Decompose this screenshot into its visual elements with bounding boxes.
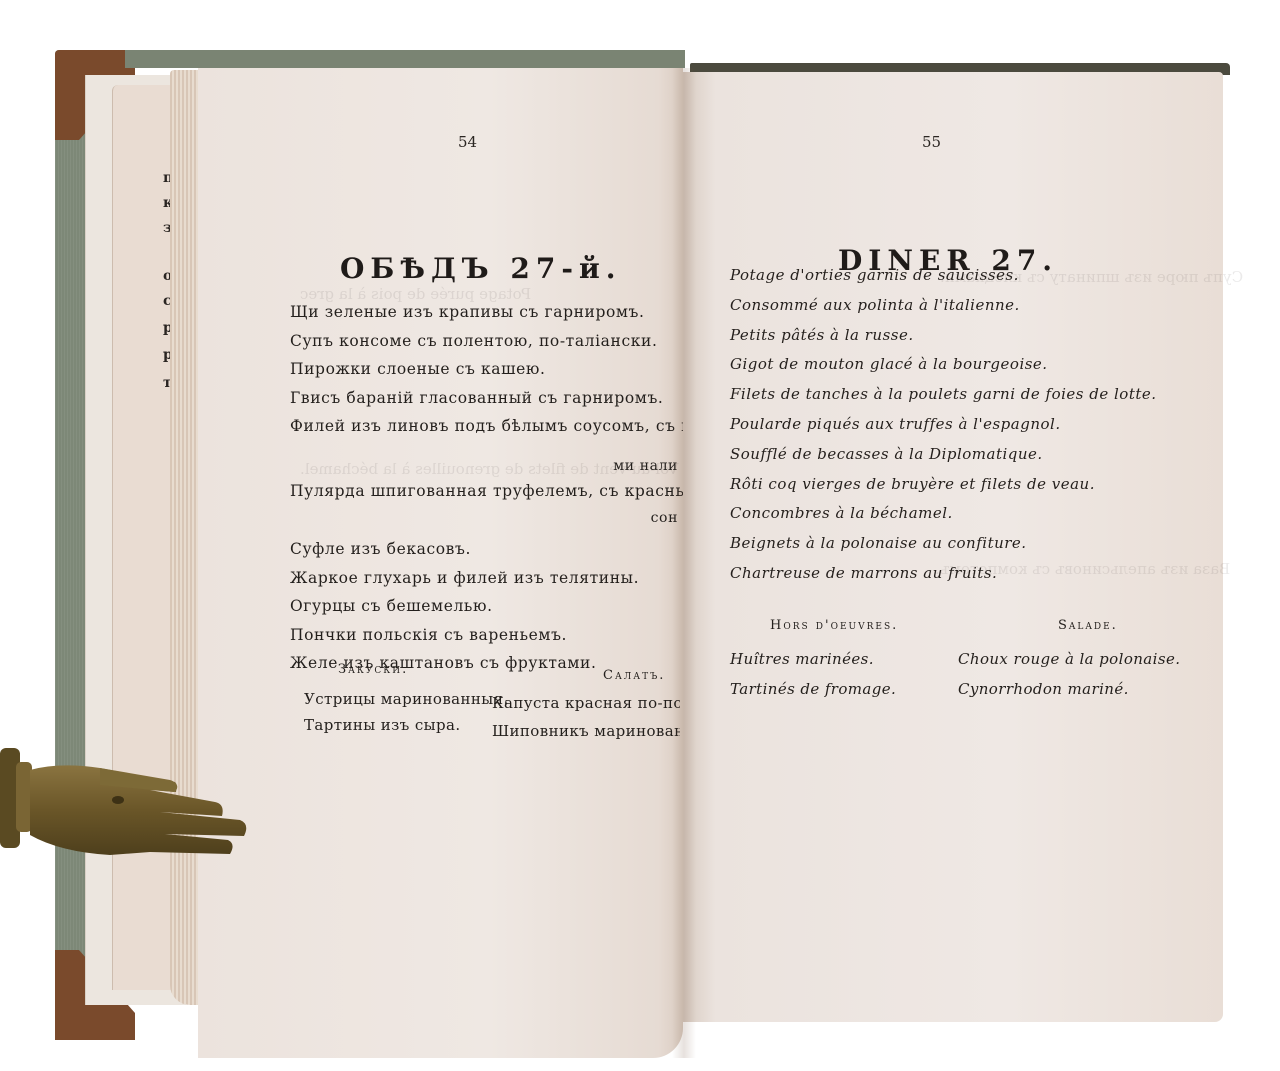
menu-item: Пулярда шпигованная труфелемъ, съ красны… xyxy=(290,482,690,511)
section-heading-appetizers-fr: Hors d'oeuvres. xyxy=(770,618,898,633)
menu-list-french: Potage d'orties garnis de saucisses. Con… xyxy=(730,266,1210,594)
menu-item: Супъ консоме съ полентою, по-таліански. xyxy=(290,332,690,361)
show-through-text: Potage purée de pois à la grec xyxy=(300,285,531,303)
menu-item: Жаркое глухарь и филей изъ телятины. xyxy=(290,569,690,598)
menu-item: Soufflé de becasses à la Diplomatique. xyxy=(730,445,1210,475)
menu-item: Гвисъ бараній гласованный съ гарниромъ. xyxy=(290,389,690,418)
menu-item: Gigot de mouton glacé à la bourgeoise. xyxy=(730,355,1210,385)
menu-item: Petits pâtés à la russe. xyxy=(730,326,1210,356)
menu-item: Rôti coq vierges de bruyère et filets de… xyxy=(730,475,1210,505)
salad-item: Капуста красная по-польс xyxy=(492,694,680,712)
salad-item: Cynorrhodon mariné. xyxy=(958,680,1129,698)
menu-item: Poularde piqués aux truffes à l'espagnol… xyxy=(730,415,1210,445)
page-number-right: 55 xyxy=(922,133,941,151)
appetizer-item: Тартины изъ сыра. xyxy=(304,716,461,734)
page-title-russian: ОБѢДЪ 27-й. xyxy=(340,252,622,285)
menu-item: Пирожки слоеные съ кашею. xyxy=(290,360,690,389)
menu-item: Огурцы съ бешемелью. xyxy=(290,597,690,626)
menu-item: Суфле изъ бекасовъ. xyxy=(290,540,690,569)
page-number-left: 54 xyxy=(458,133,477,151)
menu-item: Consommé aux polinta à l'italienne. xyxy=(730,296,1210,326)
menu-item: Chartreuse de marrons au fruits. xyxy=(730,564,1210,594)
book-gutter xyxy=(672,68,696,1058)
appetizer-item: Tartinés de fromage. xyxy=(730,680,896,698)
appetizer-item: Huîtres marinées. xyxy=(730,650,874,668)
appetizer-item: Устрицы маринованныя. xyxy=(304,690,509,708)
menu-item: Potage d'orties garnis de saucisses. xyxy=(730,266,1210,296)
menu-item: Filets de tanches à la poulets garni de … xyxy=(730,385,1210,415)
cover-cloth-top xyxy=(125,50,685,68)
menu-item: Concombres à la béchamel. xyxy=(730,504,1210,534)
brass-hand-page-holder-icon xyxy=(0,740,250,860)
section-heading-salad-fr: Salade. xyxy=(1058,618,1118,633)
menu-item: Филей изъ линовъ подъ бѣлымъ соусомъ, съ… xyxy=(290,417,690,446)
menu-list-russian: Щи зеленые изъ крапивы съ гарниромъ. Суп… xyxy=(290,303,690,683)
menu-item-continuation: сон xyxy=(290,510,690,540)
menu-item: Щи зеленые изъ крапивы съ гарниромъ. xyxy=(290,303,690,332)
section-heading-appetizers-ru: Закуски. xyxy=(338,662,408,677)
salad-item: Choux rouge à la polonaise. xyxy=(958,650,1180,668)
menu-item: Beignets à la polonaise au confiture. xyxy=(730,534,1210,564)
menu-item-continuation: ми нали xyxy=(290,446,690,482)
menu-item: Пончки польскія съ вареньемъ. xyxy=(290,626,690,655)
salad-item: Шиповникъ маринованн xyxy=(492,722,680,740)
section-heading-salad-ru: Салатъ. xyxy=(603,668,665,683)
